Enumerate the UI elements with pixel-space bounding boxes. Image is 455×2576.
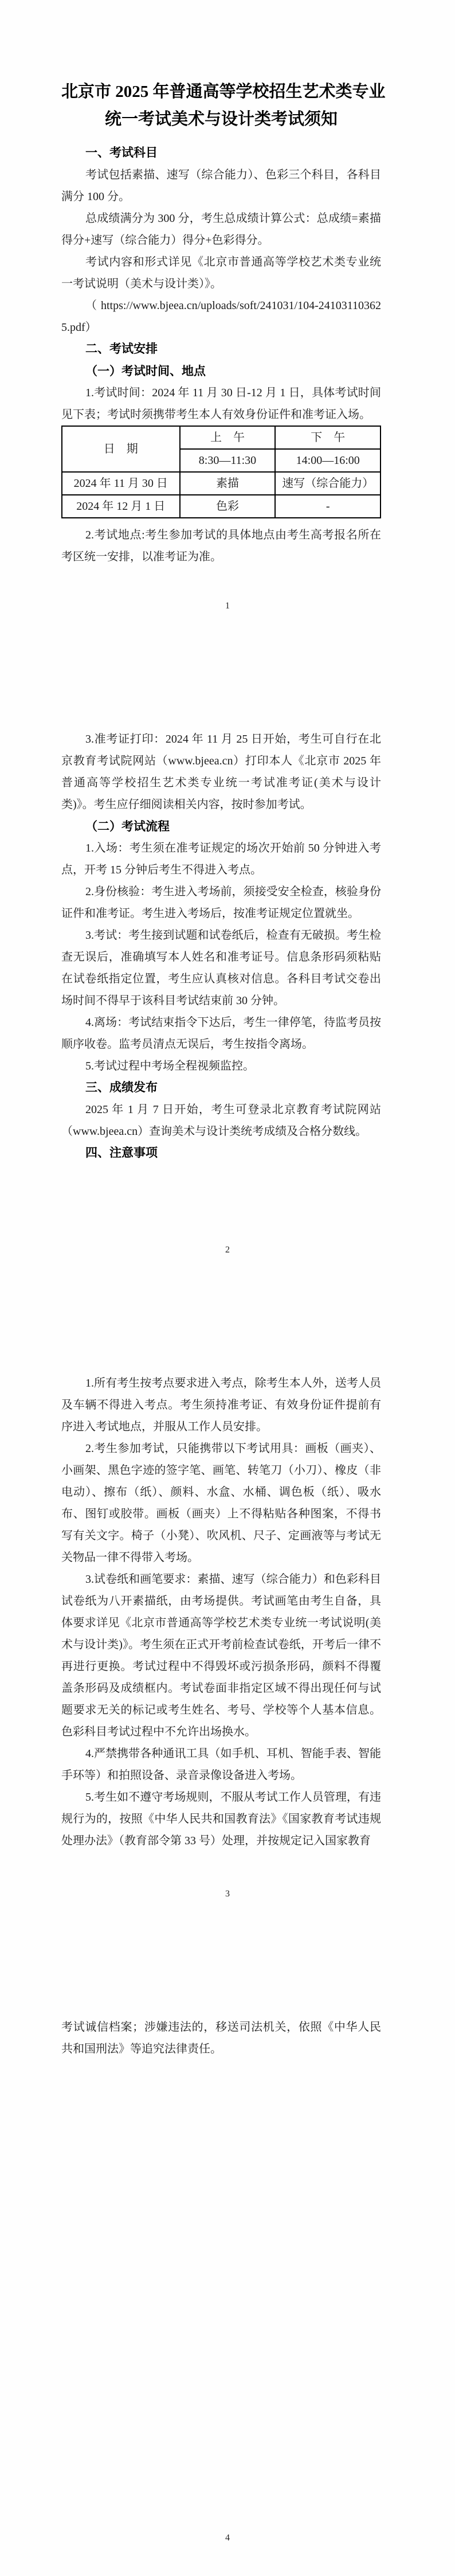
paragraph-note-3-paper-and-brush: 3.试卷纸和画笔要求：素描、速写（综合能力）和色彩科目试卷纸为八开素描纸，由考场… xyxy=(61,1568,381,1743)
table-cell-day2-afternoon: - xyxy=(275,495,381,518)
document-title-line-1: 北京市 2025 年普通高等学校招生艺术类专业 xyxy=(61,83,386,101)
page-2: 3.准考证打印：2024 年 11 月 25 日开始，考生可自行在北京教育考试院… xyxy=(0,644,455,1288)
paragraph-reference-url: （https://www.bjeea.cn/uploads/soft/24103… xyxy=(61,295,381,338)
page-number: 1 xyxy=(0,600,455,612)
subsection-heading-time-place: （一）考试时间、地点 xyxy=(61,360,381,382)
page-number: 4 xyxy=(0,2532,455,2544)
paragraph-process-leaving: 4.离场：考试结束指令下达后，考生一律停笔，待监考员按顺序收卷。监考员清点无误后… xyxy=(61,1012,381,1055)
paragraph-exam-time: 1.考试时间：2024 年 11 月 30 日-12 月 1 日，具体考试时间见… xyxy=(61,382,381,426)
paragraph-subjects-overview: 考试包括素描、速写（综合能力）、色彩三个科目，各科目满分 100 分。 xyxy=(61,164,381,208)
paragraph-note-5-continuation: 考试诚信档案；涉嫌违法的，移送司法机关，依照《中华人民共和国刑法》等追究法律责任… xyxy=(61,2016,381,2060)
document-title-line-2: 统一考试美术与设计类考试须知 xyxy=(105,110,338,128)
section-heading-notes: 四、注意事项 xyxy=(61,1142,381,1164)
paragraph-note-4-forbidden-devices: 4.严禁携带各种通讯工具（如手机、耳机、智能手表、智能手环等）和拍照设备、录音录… xyxy=(61,1743,381,1786)
section-heading-exam-arrangement: 二、考试安排 xyxy=(61,338,381,360)
table-cell-date-header: 日 期 xyxy=(62,426,180,472)
table-cell-day1-morning: 素描 xyxy=(180,472,276,495)
paragraph-note-5-violations: 5.考生如不遵守考场规则，不服从考试工作人员管理，有违规行为的，按照《中华人民共… xyxy=(61,1786,381,1852)
document-canvas: 北京市 2025 年普通高等学校招生艺术类专业 统一考试美术与设计类考试须知 一… xyxy=(0,0,455,2576)
page-4: 考试诚信档案；涉嫌违法的，移送司法机关，依照《中华人民共和国刑法》等追究法律责任… xyxy=(0,1932,455,2576)
paragraph-exam-place: 2.考试地点:考生参加考试的具体地点由考生高考报名所在考区统一安排，以准考证为准… xyxy=(61,524,381,568)
paragraph-admission-ticket-print: 3.准考证打印：2024 年 11 月 25 日开始，考生可自行在北京教育考试院… xyxy=(61,728,381,815)
paragraph-process-exam: 3.考试：考生接到试题和试卷纸后，检查有无破损。考生检查无误后，准确填写本人姓名… xyxy=(61,924,381,1012)
table-row-header: 日 期 上 午 下 午 xyxy=(62,426,381,449)
table-cell-afternoon-header: 下 午 xyxy=(275,426,381,449)
page-1: 北京市 2025 年普通高等学校招生艺术类专业 统一考试美术与设计类考试须知 一… xyxy=(0,0,455,644)
page-3: 1.所有考生按考点要求进入考点，除考生本人外，送考人员及车辆不得进入考点。考生须… xyxy=(0,1288,455,1932)
section-heading-exam-subjects: 一、考试科目 xyxy=(61,142,381,164)
table-row-day2: 2024 年 12 月 1 日 色彩 - xyxy=(62,495,381,518)
table-cell-day2-date: 2024 年 12 月 1 日 xyxy=(62,495,180,518)
paragraph-score-release: 2025 年 1 月 7 日开始，考生可登录北京教育考试院网站（www.bjee… xyxy=(61,1099,381,1142)
paragraph-process-identity-check: 2.身份核验：考生进入考场前，须接受安全检查，核验身份证件和准考证。考生进入考场… xyxy=(61,881,381,924)
subsection-heading-exam-process: （二）考试流程 xyxy=(61,815,381,837)
table-cell-afternoon-time: 14:00—16:00 xyxy=(275,449,381,472)
table-row-day1: 2024 年 11 月 30 日 素描 速写（综合能力） xyxy=(62,472,381,495)
paragraph-process-video-monitoring: 5.考试过程中考场全程视频监控。 xyxy=(61,1055,381,1077)
page-number: 3 xyxy=(0,1888,455,1900)
paragraph-note-1-entry-rules: 1.所有考生按考点要求进入考点，除考生本人外，送考人员及车辆不得进入考点。考生须… xyxy=(61,1372,381,1438)
table-cell-morning-time: 8:30—11:30 xyxy=(180,449,276,472)
page-number: 2 xyxy=(0,1244,455,1256)
table-cell-day1-afternoon: 速写（综合能力） xyxy=(275,472,381,495)
section-heading-score-release: 三、成绩发布 xyxy=(61,1077,381,1099)
table-cell-morning-header: 上 午 xyxy=(180,426,276,449)
document-title: 北京市 2025 年普通高等学校招生艺术类专业 统一考试美术与设计类考试须知 xyxy=(61,78,381,133)
exam-schedule-table: 日 期 上 午 下 午 8:30—11:30 14:00—16:00 2024 … xyxy=(61,426,381,518)
table-cell-day1-date: 2024 年 11 月 30 日 xyxy=(62,472,180,495)
paragraph-note-2-allowed-tools: 2.考生参加考试，只能携带以下考试用具：画板（画夹）、小画架、黑色字迹的签字笔、… xyxy=(61,1438,381,1568)
paragraph-total-score-formula: 总成绩满分为 300 分，考生总成绩计算公式：总成绩=素描得分+速写（综合能力）… xyxy=(61,208,381,251)
paragraph-process-entry: 1.入场：考生须在准考证规定的场次开始前 50 分钟进入考点，开考 15 分钟后… xyxy=(61,837,381,881)
table-cell-day2-morning: 色彩 xyxy=(180,495,276,518)
paragraph-exam-description-reference: 考试内容和形式详见《北京市普通高等学校艺术类专业统一考试说明（美术与设计类）》。 xyxy=(61,251,381,295)
